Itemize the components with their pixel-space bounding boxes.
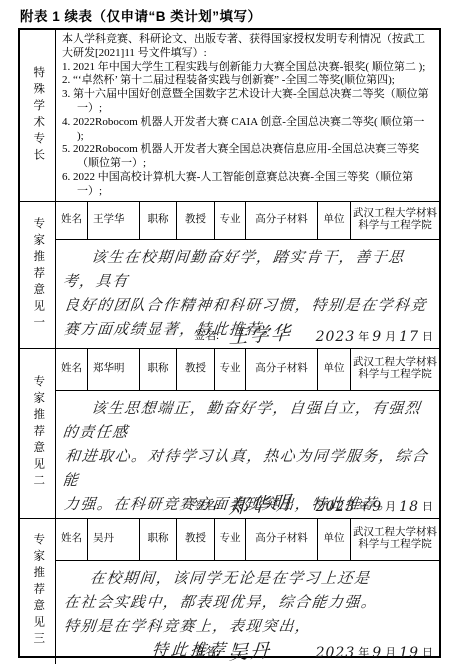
expert-title-value: 教授: [177, 349, 215, 390]
handwritten-line: 和进取心。对待学习认真，热心为同学服务，综合能: [61, 444, 433, 492]
expert-1-content: 姓名 王学华 职称 教授 专业 高分子材料 单位 武汉工程大学材料科学与工程学院…: [56, 202, 439, 348]
expert-major-value: 高分子材料: [246, 349, 318, 390]
day-label: 日: [422, 498, 433, 515]
award-item: 1. 2021 年中国大学生工程实践与创新能力大赛全国总决赛-银奖( 顺位第二 …: [62, 61, 433, 75]
title-label: 职称: [140, 349, 177, 390]
expert-2-fields-row: 姓名 郑华明 职称 教授 专业 高分子材料 单位 武汉工程大学材料科学与工程学院: [56, 349, 439, 391]
expert-unit-value: 武汉工程大学材料科学与工程学院: [351, 202, 439, 239]
page-title: 附表 1 续表（仅申请“B 类计划”填写）: [20, 5, 262, 25]
award-item: 6. 2022 中国高校计算机大赛-人工智能创意赛总决赛-全国三等奖（顺位第一）…: [62, 171, 433, 199]
expert-1-comment: 该生在校期间勤奋好学，踏实肯干，善于思考，具有 良好的团队合作精神和科研习惯，特…: [56, 240, 439, 348]
form-table: 特殊学术专长 本人学科竞赛、科研论文、出版专著、获得国家授权发明专利情况（按武工…: [18, 28, 441, 658]
handwritten-line: 该生思想端正，勤奋好学，自强自立，有强烈的责任感: [61, 396, 433, 444]
month-label: 月: [385, 328, 396, 345]
section-expert-2: 专家推荐意见二 姓名 郑华明 职称 教授 专业 高分子材料 单位 武汉工程大学材…: [20, 349, 439, 519]
year-label: 年: [358, 644, 369, 661]
name-label: 姓名: [56, 202, 88, 239]
awards-sidebar: 特殊学术专长: [20, 30, 56, 201]
title-label: 职称: [140, 202, 177, 239]
expert-unit-value: 武汉工程大学材料科学与工程学院: [351, 349, 439, 390]
expert-unit-value: 武汉工程大学材料科学与工程学院: [351, 519, 439, 560]
expert-2-signature: 郑华明: [228, 492, 299, 517]
expert-name-value: 王学华: [88, 202, 140, 239]
date-day-value: 19: [396, 646, 422, 661]
sign-label: 签名:: [194, 497, 219, 515]
awards-content: 本人学科竞赛、科研论文、出版专著、获得国家授权发明专利情况（按武工大研发[202…: [56, 30, 439, 201]
award-item: 4. 2022Robocom 机器人开发者大赛 CAIA 创意-全国总决赛二等奖…: [62, 116, 433, 144]
expert-name-value: 郑华明: [88, 349, 140, 390]
expert-3-sidebar: 专家推荐意见三: [20, 519, 56, 664]
day-label: 日: [422, 328, 433, 345]
awards-sidebar-label: 特殊学术专长: [32, 66, 44, 165]
award-item: 2. “‘卓然杯’ 第十二届过程装备实践与创新赛” -全国二等奖(顺位第四);: [62, 74, 433, 88]
expert-2-sign-row: 签名: 郑华明 2023 年 9 月 18 日: [56, 495, 439, 515]
unit-label: 单位: [318, 519, 351, 560]
date-month-value: 9: [369, 330, 385, 345]
section-expert-3: 专家推荐意见三 姓名 吴丹 职称 教授 专业 高分子材料 单位 武汉工程大学材料…: [20, 519, 439, 664]
year-label: 年: [358, 328, 369, 345]
date-month-value: 9: [369, 500, 385, 515]
handwritten-line: 在校期间，该同学无论是在学习上还是: [63, 566, 433, 590]
expert-title-value: 教授: [177, 202, 215, 239]
expert-1-fields-row: 姓名 王学华 职称 教授 专业 高分子材料 单位 武汉工程大学材料科学与工程学院: [56, 202, 439, 240]
expert-title-value: 教授: [177, 519, 215, 560]
date-day-value: 17: [396, 330, 422, 345]
month-label: 月: [385, 498, 396, 515]
unit-label: 单位: [318, 202, 351, 239]
major-label: 专业: [215, 202, 246, 239]
name-label: 姓名: [56, 519, 88, 560]
month-label: 月: [385, 644, 396, 661]
expert-3-signature: 吴丹: [228, 638, 299, 663]
handwritten-line: 特别是在学科竞赛上，表现突出，: [63, 614, 433, 638]
sign-label: 签名:: [194, 327, 219, 345]
date-day-value: 18: [396, 500, 422, 515]
expert-3-date: 2023 年 9 月 19 日: [313, 644, 433, 661]
expert-3-sidebar-label: 专家推荐意见三: [32, 533, 44, 649]
expert-2-content: 姓名 郑华明 职称 教授 专业 高分子材料 单位 武汉工程大学材料科学与工程学院…: [56, 349, 439, 518]
award-item: 3. 第十六届中国好创意暨全国数字艺术设计大赛-全国总决赛二等奖（顺位第一）;: [62, 88, 433, 116]
expert-1-sidebar-label: 专家推荐意见一: [32, 217, 44, 333]
expert-2-comment: 该生思想端正，勤奋好学，自强自立，有强烈的责任感 和进取心。对待学习认真，热心为…: [56, 391, 439, 518]
handwritten-line: 良好的团队合作精神和科研习惯，特别是在学科竞: [63, 293, 433, 317]
major-label: 专业: [215, 519, 246, 560]
handwritten-line: 在社会实践中，都表现优异，综合能力强。: [63, 590, 433, 614]
document-page: 附表 1 续表（仅申请“B 类计划”填写） 特殊学术专长 本人学科竞赛、科研论文…: [0, 0, 458, 667]
expert-2-sidebar: 专家推荐意见二: [20, 349, 56, 518]
expert-2-sidebar-label: 专家推荐意见二: [32, 375, 44, 491]
awards-intro: 本人学科竞赛、科研论文、出版专著、获得国家授权发明专利情况（按武工大研发[202…: [62, 33, 433, 61]
year-label: 年: [358, 498, 369, 515]
section-expert-1: 专家推荐意见一 姓名 王学华 职称 教授 专业 高分子材料 单位 武汉工程大学材…: [20, 202, 439, 349]
expert-1-signature: 王学华: [228, 322, 299, 347]
expert-1-sign-row: 签名: 王学华 2023 年 9 月 17 日: [56, 325, 439, 345]
expert-3-fields-row: 姓名 吴丹 职称 教授 专业 高分子材料 单位 武汉工程大学材料科学与工程学院: [56, 519, 439, 561]
award-item: 5. 2022Robocom 机器人开发者大赛全国总决赛信息应用-全国总决赛三等…: [62, 143, 433, 171]
date-month-value: 9: [369, 646, 385, 661]
date-year-value: 2023: [313, 330, 359, 345]
major-label: 专业: [215, 349, 246, 390]
expert-1-date: 2023 年 9 月 17 日: [313, 328, 433, 345]
expert-2-date: 2023 年 9 月 18 日: [313, 498, 433, 515]
handwritten-line: 该生在校期间勤奋好学，踏实肯干，善于思考，具有: [61, 245, 433, 293]
date-year-value: 2023: [313, 500, 359, 515]
expert-3-content: 姓名 吴丹 职称 教授 专业 高分子材料 单位 武汉工程大学材料科学与工程学院 …: [56, 519, 439, 664]
expert-name-value: 吴丹: [88, 519, 140, 560]
unit-label: 单位: [318, 349, 351, 390]
date-year-value: 2023: [313, 646, 359, 661]
expert-3-comment: 在校期间，该同学无论是在学习上还是 在社会实践中，都表现优异，综合能力强。 特别…: [56, 561, 439, 664]
name-label: 姓名: [56, 349, 88, 390]
section-awards: 特殊学术专长 本人学科竞赛、科研论文、出版专著、获得国家授权发明专利情况（按武工…: [20, 30, 439, 202]
expert-3-sign-row: 签名: 吴丹 2023 年 9 月 19 日: [56, 641, 439, 661]
expert-1-sidebar: 专家推荐意见一: [20, 202, 56, 348]
day-label: 日: [422, 644, 433, 661]
expert-major-value: 高分子材料: [246, 519, 318, 560]
expert-major-value: 高分子材料: [246, 202, 318, 239]
title-label: 职称: [140, 519, 177, 560]
sign-label: 签名:: [194, 643, 219, 661]
